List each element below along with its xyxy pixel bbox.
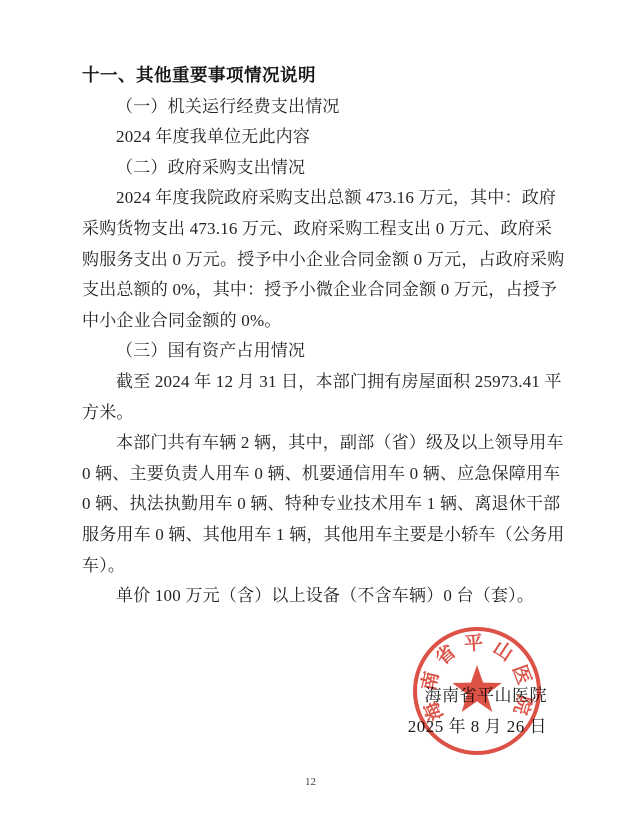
seal-star-icon bbox=[452, 665, 501, 712]
body-text-line: 车）。 bbox=[82, 551, 554, 582]
body-text-line: 0 辆、执法执勤用车 0 辆、特种专业技术用车 1 辆、离退休干部 bbox=[82, 489, 554, 520]
document-body: 十一、其他重要事项情况说明 （一）机关运行经费支出情况 2024 年度我单位无此… bbox=[82, 61, 554, 612]
section-heading: 十一、其他重要事项情况说明 bbox=[82, 61, 554, 92]
body-text-line: 2024 年度我单位无此内容 bbox=[82, 122, 554, 153]
seal-arc-char: 院 bbox=[509, 693, 537, 718]
page-number: 12 bbox=[0, 776, 621, 788]
subsection-title-3: （三）国有资产占用情况 bbox=[82, 336, 554, 367]
seal-arc-char: 平 bbox=[463, 632, 484, 655]
official-seal: 海 南 省 平 山 医 院 bbox=[410, 626, 546, 758]
subsection-title-2: （二）政府采购支出情况 bbox=[82, 153, 554, 184]
document-page: 十一、其他重要事项情况说明 （一）机关运行经费支出情况 2024 年度我单位无此… bbox=[0, 0, 621, 814]
body-text-line: 购服务支出 0 万元。授予中小企业合同金额 0 万元，占政府采购 bbox=[82, 245, 554, 276]
seal-arc-char: 医 bbox=[508, 662, 535, 687]
seal-arc-char: 南 bbox=[418, 670, 443, 693]
body-text-line: 截至 2024 年 12 月 31 日，本部门拥有房屋面积 25973.41 平 bbox=[82, 367, 554, 398]
body-text-line: 0 辆、主要负责人用车 0 辆、机要通信用车 0 辆、应急保障用车 bbox=[82, 459, 554, 490]
body-text-line: 2024 年度我院政府采购支出总额 473.16 万元，其中：政府 bbox=[82, 183, 554, 214]
body-text-line: 方米。 bbox=[82, 398, 554, 429]
subsection-title-1: （一）机关运行经费支出情况 bbox=[82, 92, 554, 123]
body-text-line: 本部门共有车辆 2 辆，其中，副部（省）级及以上领导用车 bbox=[82, 428, 554, 459]
body-text-line: 支出总额的 0%，其中：授予小微企业合同金额 0 万元，占授予 bbox=[82, 275, 554, 306]
body-text-line: 中小企业合同金额的 0%。 bbox=[82, 306, 554, 337]
body-text-line: 单价 100 万元（含）以上设备（不含车辆）0 台（套）。 bbox=[82, 581, 554, 612]
body-text-line: 服务用车 0 辆、其他用车 1 辆，其他用车主要是小轿车（公务用 bbox=[82, 520, 554, 551]
body-text-line: 采购货物支出 473.16 万元、政府采购工程支出 0 万元、政府采 bbox=[82, 214, 554, 245]
